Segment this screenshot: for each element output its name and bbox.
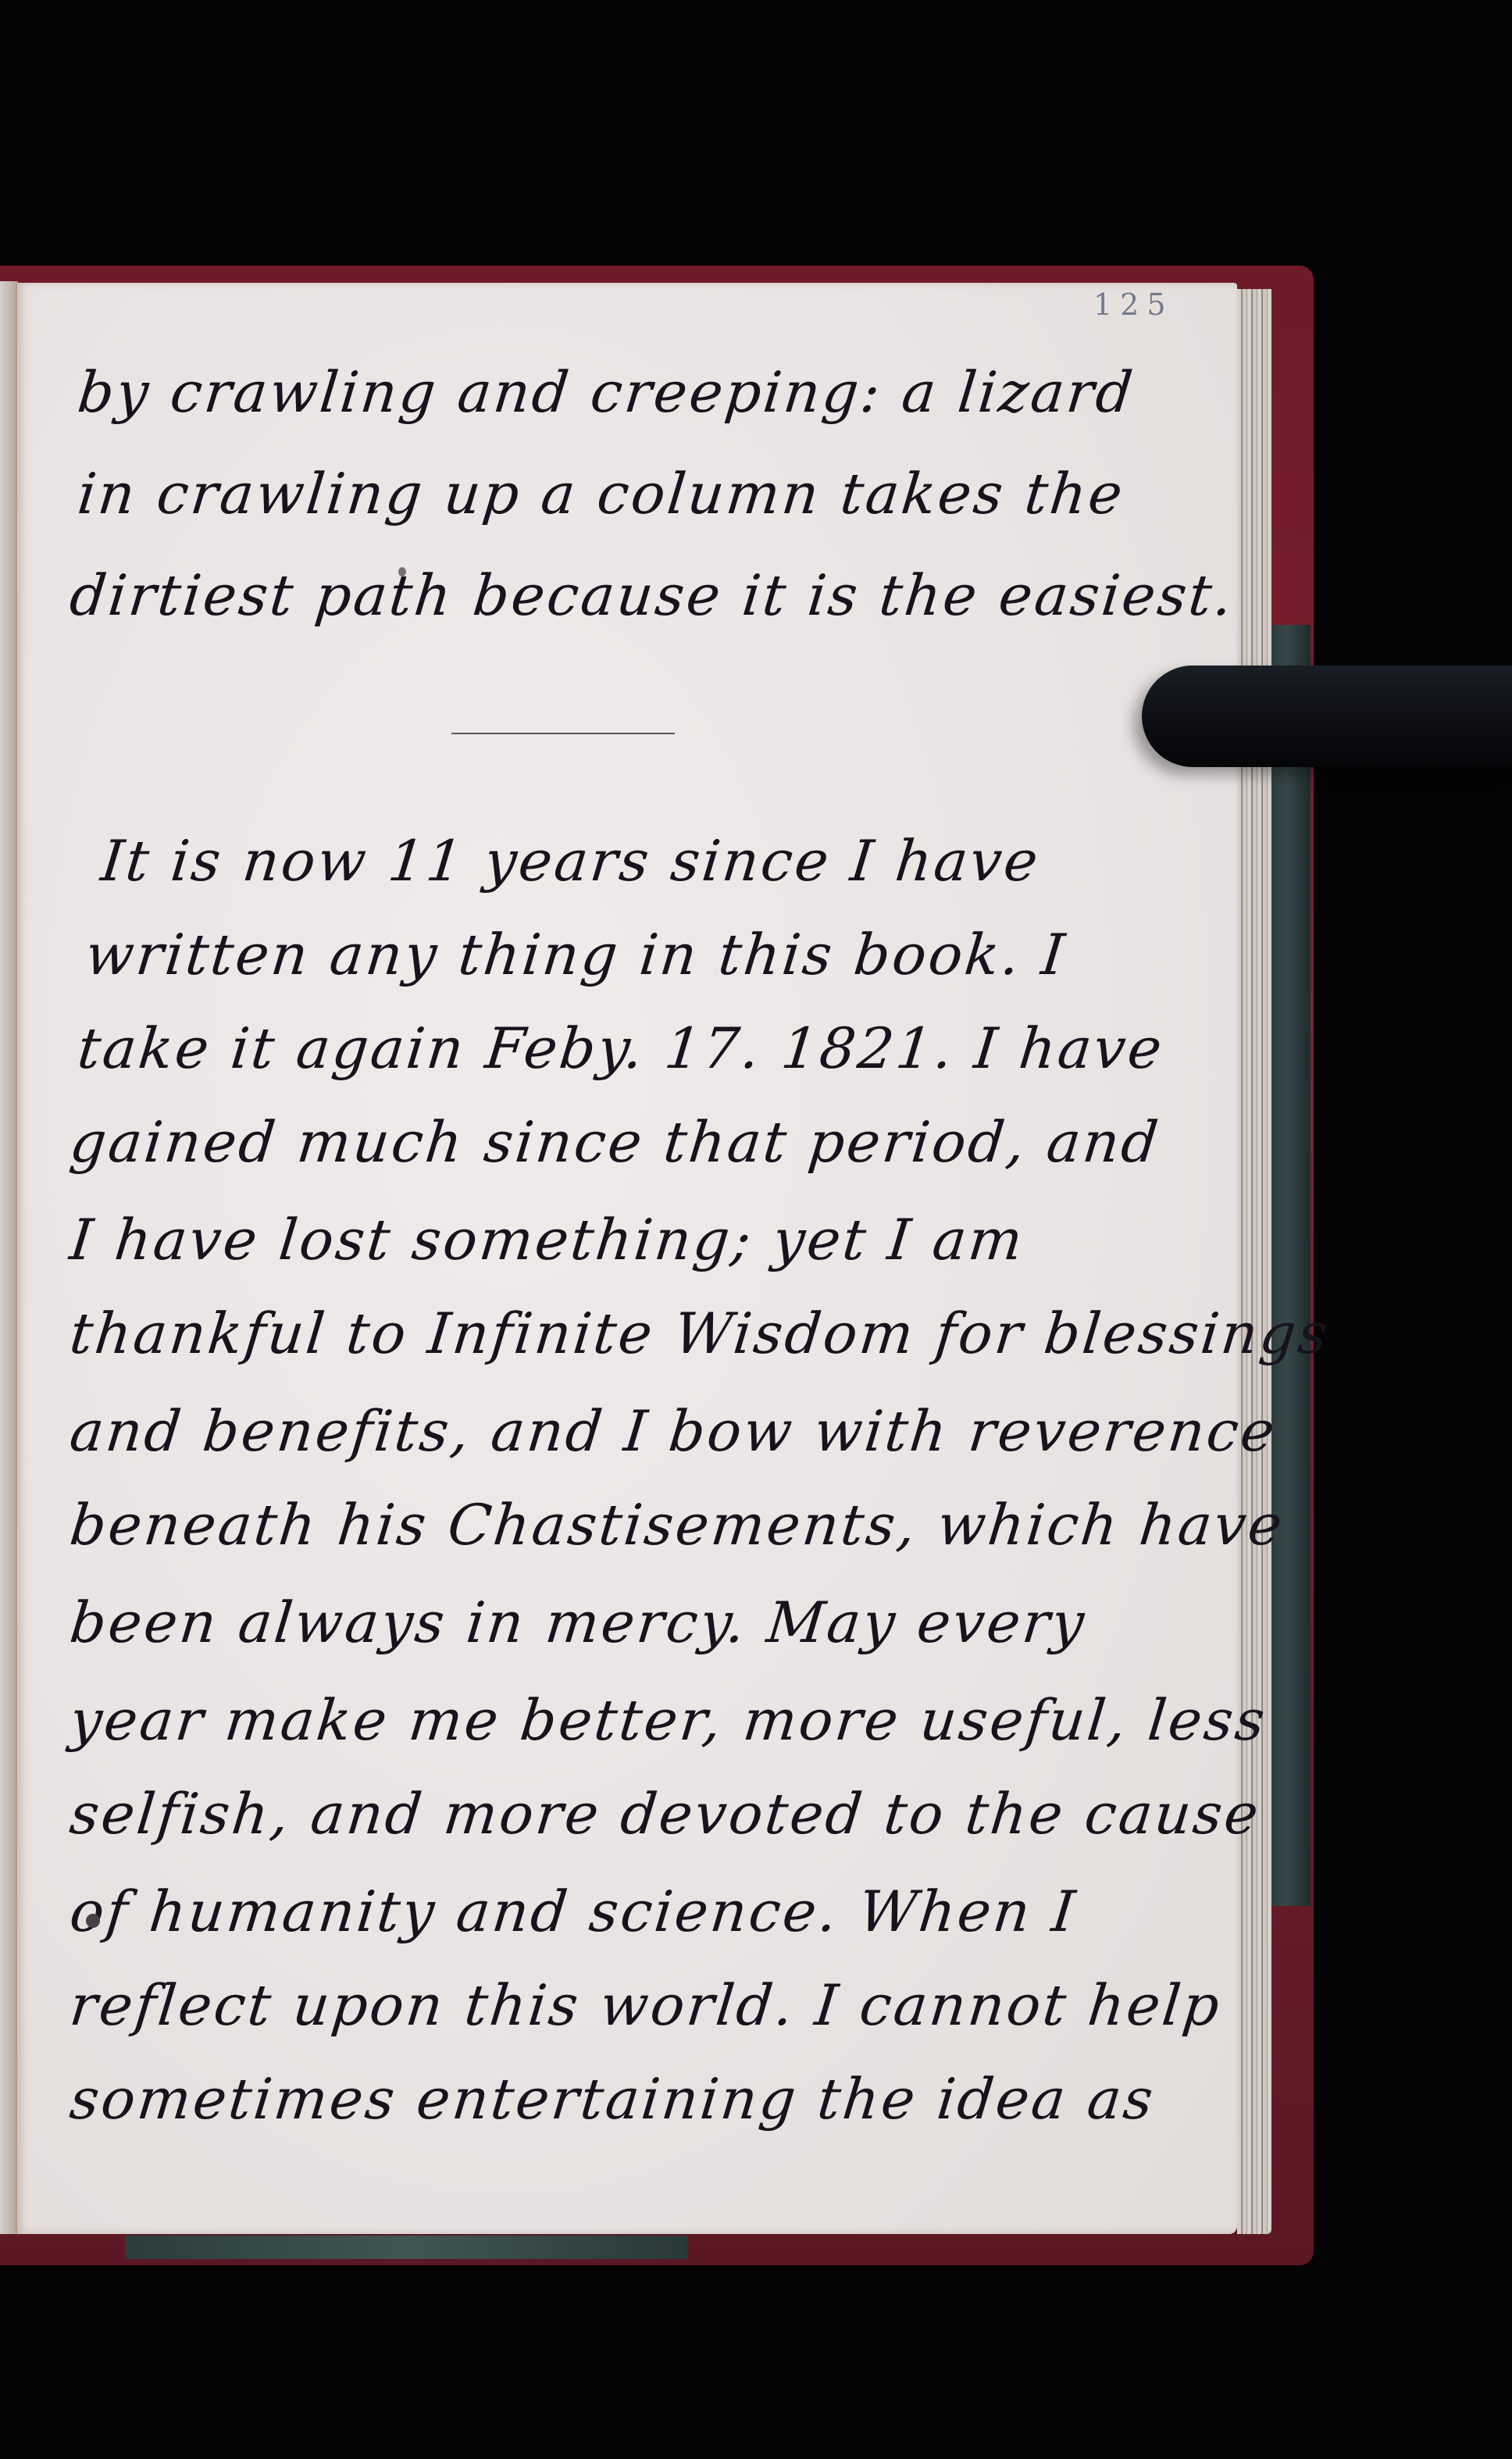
- book-gutter: [0, 281, 18, 2234]
- text-line: and benefits, and I bow with reverence: [67, 1398, 1280, 1464]
- text-line: beneath his Chastisements, which have: [67, 1492, 1288, 1558]
- ink-stain: [398, 567, 406, 576]
- text-line: in crawling up a column takes the: [75, 461, 1128, 526]
- text-line: written any thing in this book. I: [83, 922, 1070, 987]
- text-line: selfish, and more devoted to the cause: [67, 1781, 1264, 1847]
- text-line: thankful to Infinite Wisdom for blessing…: [67, 1301, 1333, 1366]
- text-line: been always in mercy. May every: [67, 1590, 1089, 1655]
- page-number: 125: [1093, 287, 1174, 322]
- ink-stain: [86, 1914, 100, 1928]
- page-edges-stack: [1237, 289, 1271, 2234]
- text-line: I have lost something; yet I am: [67, 1207, 1029, 1272]
- section-divider: [451, 733, 675, 734]
- text-line: It is now 11 years since I have: [98, 828, 1043, 894]
- page-clip: [1142, 666, 1512, 767]
- text-line: reflect upon this world. I cannot help: [67, 1972, 1225, 2038]
- text-line: gained much since that period, and: [67, 1109, 1164, 1175]
- text-line: dirtiest path because it is the easiest.: [67, 562, 1238, 628]
- text-line: year make me better, more useful, less: [67, 1687, 1271, 1753]
- binding-bottom-cloth: [125, 2236, 687, 2259]
- text-line: take it again Feby. 17. 1821. I have: [75, 1015, 1168, 1081]
- text-line: sometimes entertaining the idea as: [67, 2066, 1158, 2132]
- text-line: by crawling and creeping: a lizard: [75, 359, 1138, 425]
- text-line: of humanity and science. When I: [67, 1879, 1081, 1944]
- photo-scene: 125 by crawling and creeping: a lizard i…: [0, 0, 1512, 2459]
